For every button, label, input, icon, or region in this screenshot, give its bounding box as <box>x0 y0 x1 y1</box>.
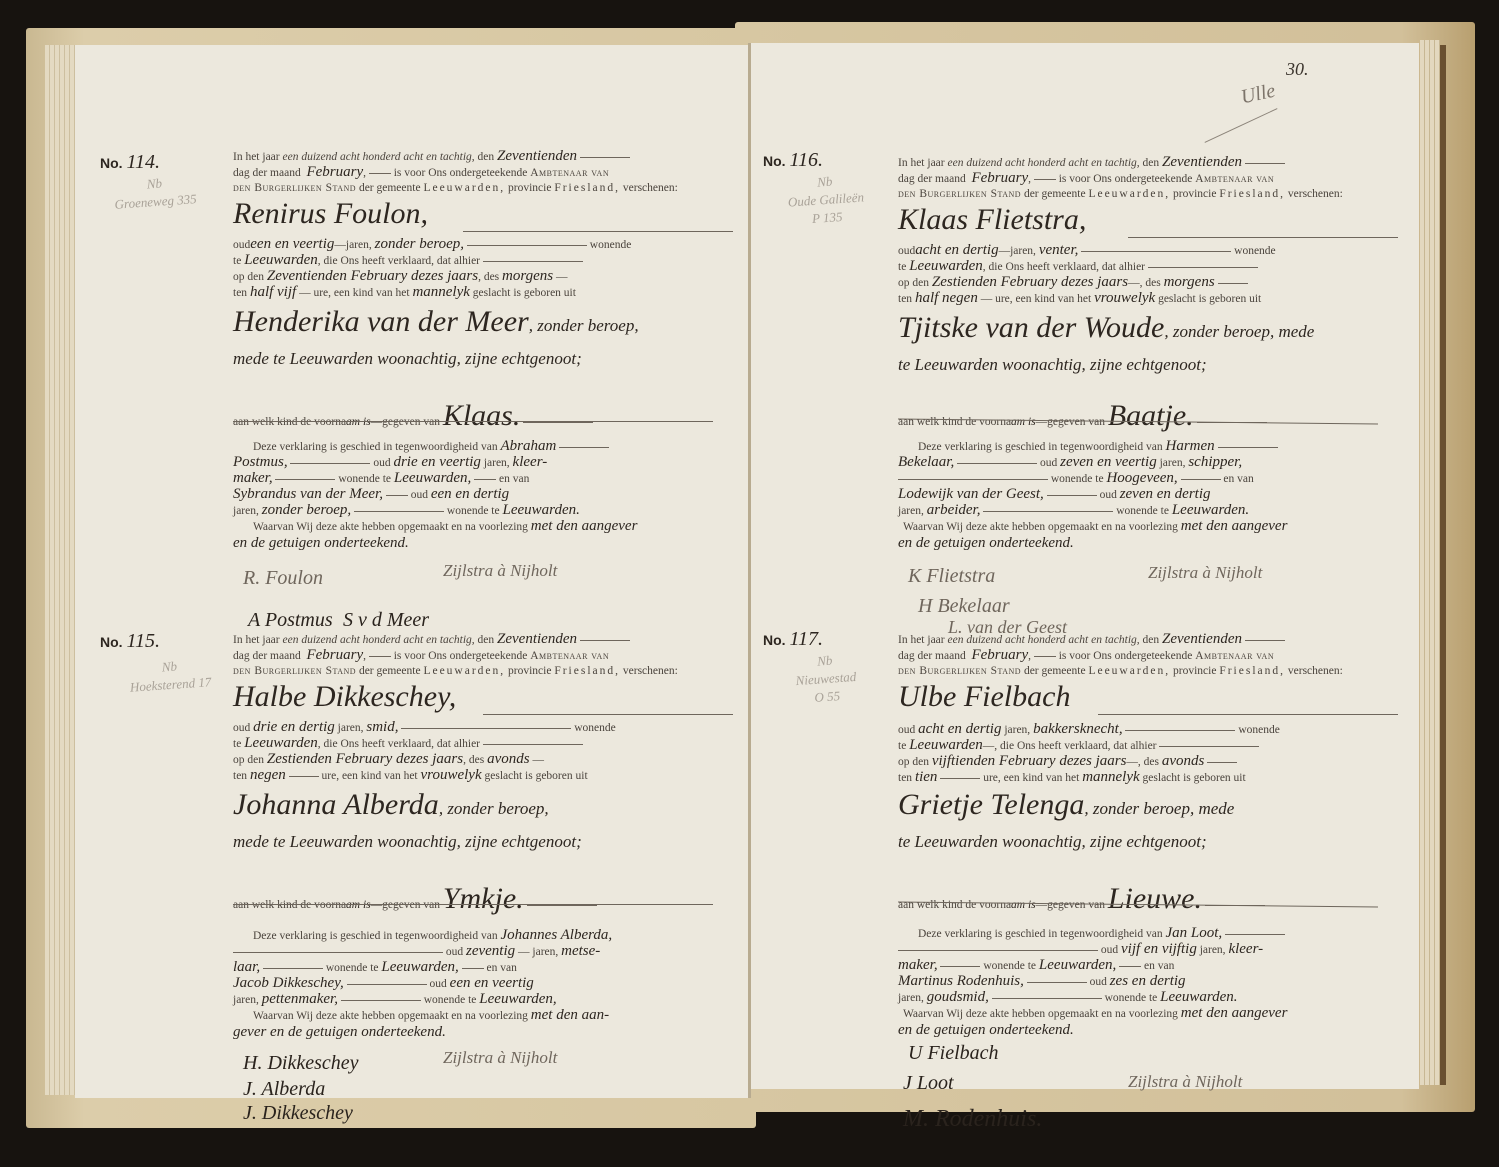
rule-line <box>233 904 713 905</box>
form-jaren: jaren, <box>532 946 558 958</box>
entry-number: No. 114. <box>100 151 160 174</box>
entries-2-witness2: Lodewijk van der Geest, <box>898 486 1044 502</box>
entries-2-witness1-residence: Hoogeveen, <box>1106 470 1177 486</box>
form-line: den Burgerlijken Stand der gemeente Leeu… <box>233 181 678 196</box>
form-jaren: jaren, <box>898 505 924 517</box>
signature-registrar: Zijlstra à Nijholt <box>443 561 557 581</box>
rule-line <box>898 949 1098 951</box>
form-wonende-te: wonende te <box>424 994 477 1006</box>
rule-line <box>275 478 335 480</box>
entries-1-witness2-age: een en veertig <box>450 975 534 991</box>
entries-2-occupation: venter, <box>1039 242 1079 258</box>
entries-3-witness2-occupation: goudsmid, <box>927 989 989 1005</box>
form-geslacht: geslacht is geboren uit <box>1158 293 1261 305</box>
rule-line <box>263 967 323 969</box>
form-ambtenaar: Ambtenaar van <box>530 167 609 179</box>
form-jaren: jaren, <box>233 994 259 1006</box>
day-field: Zeventienden <box>497 148 577 164</box>
entries-0-witness1-age: drie en veertig <box>393 454 480 470</box>
form-line: ten tien ure, een kind van het mannelyk … <box>898 770 1246 786</box>
entries-1-witness1: Johannes Alberda, <box>501 927 613 943</box>
form-voornaam: aan welk kind de voorna <box>233 416 346 428</box>
entries-3-witness1-residence: Leeuwarden, <box>1039 957 1116 973</box>
form-jaren: jaren, <box>346 239 372 251</box>
entries-0-time-of-day: morgens <box>502 268 553 284</box>
entries-3-closing: met den aangever <box>1181 1005 1288 1021</box>
form-line: jaren, goudsmid, wonende te Leeuwarden. <box>898 990 1238 1006</box>
declarant-name: Renirus Foulon, <box>233 197 428 231</box>
form-line3-a: den Burgerlijken Stand <box>233 665 356 677</box>
margin-annotation: Nb Groeneweg 335 <box>94 171 216 215</box>
entries-2-age: acht en dertig <box>915 242 998 258</box>
form-line: te Leeuwarden, die Ons heeft verklaard, … <box>898 259 1258 275</box>
form-line3-d: verschenen: <box>1288 665 1343 677</box>
form-des: , des <box>1138 756 1159 768</box>
form-gemeente: Leeuwarden, <box>1088 188 1170 200</box>
form-oud: oud <box>233 722 250 734</box>
form-line: te Leeuwarden, die Ons heeft verklaard, … <box>233 253 583 269</box>
form-line: oudeen en veertig—jaren, zonder beroep, … <box>233 237 631 253</box>
form-line: Waarvan Wij deze akte hebben opgemaakt e… <box>903 519 1287 535</box>
entries-1-witness1-age: zeventig <box>466 943 515 959</box>
entries-0-age: een en veertig <box>250 236 334 252</box>
form-year-printed: een duizend acht honderd acht en tachtig… <box>948 157 1140 169</box>
entries-2-mother-detail: , zonder beroep, mede <box>1164 322 1314 341</box>
form-line1-prefix: In het jaar <box>898 634 945 646</box>
form-line2-suffix: is voor Ons ondergeteekende <box>394 650 528 662</box>
entries-2-mother: Tjitske van der Woude <box>898 311 1164 344</box>
entries-1-number: 115. <box>126 630 160 652</box>
register-entry-115: No. 115. Nb Hoeksterend 17 In het jaar e… <box>75 630 749 1098</box>
rule-line <box>992 997 1102 999</box>
form-line: den Burgerlijken Stand der gemeente Leeu… <box>898 187 1343 202</box>
signature: S v d Meer <box>343 609 429 632</box>
form-wonende: wonende <box>1234 245 1276 257</box>
entries-3-month: February <box>971 647 1028 663</box>
entries-0-occupation: zonder beroep, <box>375 236 464 252</box>
child-name: Baatje. <box>1108 399 1194 432</box>
form-line3-d: verschenen: <box>1288 188 1343 200</box>
form-line: aan welk kind de voornaam is—gegeven van… <box>233 399 593 433</box>
rule-line <box>559 446 609 448</box>
form-oud: oud <box>1101 944 1118 956</box>
form-jaren: jaren, <box>1200 944 1226 956</box>
entries-3-witness2-residence: Leeuwarden. <box>1160 989 1237 1005</box>
form-line3-a: den Burgerlijken Stand <box>898 665 1021 677</box>
form-line: maker, wonende te Leeuwarden, en van <box>898 958 1174 974</box>
form-wonende-te: wonende te <box>1051 473 1104 485</box>
form-wonende-te: wonende te <box>1105 992 1158 1004</box>
form-gemeente: Leeuwarden, <box>423 182 505 194</box>
form-line3-c: provincie <box>508 665 551 677</box>
register-entry-114: No. 114. Nb Groeneweg 335 In het jaar ee… <box>75 45 749 615</box>
entries-0-residence: Leeuwarden <box>244 252 318 268</box>
form-line: maker, wonende te Leeuwarden, en van <box>233 471 529 487</box>
entries-2-time-of-day: morgens <box>1164 274 1215 290</box>
mother-name: Tjitske van der Woude, zonder beroep, me… <box>898 311 1314 349</box>
form-line: dag der maand February, is voor Ons onde… <box>898 171 1274 187</box>
entries-2-witness2-occupation: arbeider, <box>927 502 981 518</box>
entries-3-no-label: No. <box>763 632 786 648</box>
form-oud: oud <box>898 724 915 736</box>
form-ambtenaar: Ambtenaar van <box>1195 650 1274 662</box>
entries-3-occupation: bakkersknecht, <box>1033 721 1123 737</box>
form-wonende: wonende <box>1238 724 1280 736</box>
form-jaren: jaren, <box>1160 457 1186 469</box>
form-jaren: jaren, <box>338 722 364 734</box>
rule-line <box>483 260 583 262</box>
form-line: ten half vijf — ure, een kind van het ma… <box>233 285 576 301</box>
rule-line <box>483 743 583 745</box>
entries-1-witness2: Jacob Dikkeschey, <box>233 975 344 991</box>
entries-0-witness1-residence: Leeuwarden, <box>394 470 471 486</box>
entries-3-birth-date: vijftienden February dezes jaars <box>932 753 1127 769</box>
rule-line <box>1034 655 1056 657</box>
form-oud: oud <box>411 489 428 501</box>
entries-0-number: 114. <box>126 151 160 173</box>
rule-line <box>1225 933 1285 935</box>
form-waarvan: Waarvan Wij deze akte hebben opgemaakt e… <box>903 521 1178 533</box>
form-te: te <box>233 255 241 267</box>
entries-2-sex: vrouwelyk <box>1094 290 1155 306</box>
rule-line <box>1245 162 1285 164</box>
form-line: Postmus, oud drie en veertig jaren, klee… <box>233 455 547 471</box>
entries-1-witness1-occupation: metse- <box>561 943 600 959</box>
signature: J. Dikkeschey <box>243 1102 353 1125</box>
form-line: Deze verklaring is geschied in tegenwoor… <box>253 439 609 455</box>
form-waarvan: Waarvan Wij deze akte hebben opgemaakt e… <box>253 1010 528 1022</box>
mother-name: Grietje Telenga, zonder beroep, mede <box>898 788 1234 826</box>
entries-0-witness2: Sybrandus van der Meer, <box>233 486 383 502</box>
form-year-printed: een duizend acht honderd acht en tachtig… <box>283 634 475 646</box>
form-line3-d: verschenen: <box>623 182 678 194</box>
entries-3-witness1: Jan Loot, <box>1166 925 1223 941</box>
form-gegeven: gegeven van <box>1047 416 1105 428</box>
form-ten: ten <box>233 770 247 782</box>
rule-line <box>1081 250 1231 252</box>
form-line: jaren, pettenmaker, wonende te Leeuwarde… <box>233 992 557 1008</box>
form-ure: ure, een kind van het <box>313 287 409 299</box>
form-gemeente: Leeuwarden, <box>423 665 505 677</box>
form-line2-suffix: is voor Ons ondergeteekende <box>394 167 528 179</box>
form-jaren: jaren, <box>484 457 510 469</box>
form-oud: oud <box>1100 489 1117 501</box>
mother-name: Henderika van der Meer, zonder beroep, <box>233 305 639 343</box>
rule-line <box>483 714 733 715</box>
entries-0-witness2-occupation: zonder beroep, <box>262 502 351 518</box>
form-gemeente: Leeuwarden, <box>1088 665 1170 677</box>
form-verklaard: , die Ons heeft verklaard, dat alhier <box>994 740 1156 752</box>
form-provincie: Friesland, <box>554 665 620 677</box>
mother-name: Johanna Alberda, zonder beroep, <box>233 788 549 826</box>
form-gegeven: gegeven van <box>1047 899 1105 911</box>
form-jaren: jaren, <box>1010 245 1036 257</box>
entries-1-no-label: No. <box>100 634 123 650</box>
entry-number: No. 116. <box>763 149 823 172</box>
margin-annotation: Nb Hoeksterend 17 <box>104 654 236 699</box>
entries-3-name-suffix: am is <box>1011 899 1036 911</box>
form-line: Bekelaar, oud zeven en veertig jaren, sc… <box>898 455 1242 471</box>
form-line: In het jaar een duizend acht honderd ach… <box>898 632 1285 648</box>
entries-2-hour: half negen <box>915 290 978 306</box>
entries-3-closing2: en de getuigen onderteekend. <box>898 1022 1074 1039</box>
rule-line <box>1128 237 1398 238</box>
entries-0-witness1-occupation2: maker, <box>233 470 273 486</box>
form-te: te <box>898 740 906 752</box>
entries-3-witness1-age: vijf en vijftig <box>1121 941 1197 957</box>
form-verklaard: , die Ons heeft verklaard, dat alhier <box>318 738 480 750</box>
form-line: Jacob Dikkeschey, oud een en veertig <box>233 976 534 992</box>
form-year-printed: een duizend acht honderd acht en tachtig… <box>283 151 475 163</box>
form-line3-c: provincie <box>1173 188 1216 200</box>
entries-0-closing: met den aangever <box>531 518 638 534</box>
form-line3-a: den Burgerlijken Stand <box>233 182 356 194</box>
form-line: den Burgerlijken Stand der gemeente Leeu… <box>898 664 1343 679</box>
rule-line <box>580 156 630 158</box>
signature: J Loot <box>903 1072 954 1095</box>
form-line3-a: den Burgerlijken Stand <box>898 188 1021 200</box>
form-jaren: jaren, <box>1004 724 1030 736</box>
form-oud: oud <box>1040 457 1057 469</box>
form-jaren: jaren, <box>898 992 924 1004</box>
form-line: Deze verklaring is geschied in tegenwoor… <box>918 439 1278 455</box>
entries-0-witness2-residence: Leeuwarden. <box>503 502 580 518</box>
form-op-den: op den <box>898 277 929 289</box>
rule-line <box>1125 729 1235 731</box>
page-stack-right <box>1420 40 1440 1085</box>
entries-3-time-of-day: avonds <box>1162 753 1205 769</box>
form-wonende-te: wonende te <box>447 505 500 517</box>
rule-line <box>957 462 1037 464</box>
signature: M. Rodenhuis. <box>903 1106 1042 1133</box>
form-des: , des <box>478 271 499 283</box>
rule-line <box>1218 446 1278 448</box>
entries-1-witness2-residence: Leeuwarden, <box>479 991 556 1007</box>
form-geslacht: geslacht is geboren uit <box>473 287 576 299</box>
form-wonende-te: wonende te <box>983 960 1036 972</box>
signature: A Postmus <box>248 609 333 632</box>
rule-line <box>983 510 1113 512</box>
entries-0-witness1-occupation: kleer- <box>513 454 548 470</box>
form-verklaring: Deze verklaring is geschied in tegenwoor… <box>918 928 1163 940</box>
rule-line <box>401 727 571 729</box>
form-des: , des <box>463 754 484 766</box>
entries-2-witness2-residence: Leeuwarden. <box>1172 502 1249 518</box>
form-line2-suffix: is voor Ons ondergeteekende <box>1059 173 1193 185</box>
entry-number: No. 115. <box>100 630 160 653</box>
form-op-den: op den <box>233 754 264 766</box>
form-line: te Leeuwarden, die Ons heeft verklaard, … <box>233 736 583 752</box>
form-wonende-te: wonende te <box>338 473 391 485</box>
form-en-van: en van <box>487 962 517 974</box>
form-den: den <box>478 151 495 163</box>
rule-line <box>1098 714 1398 715</box>
form-line3-b: der gemeente <box>359 182 421 194</box>
form-oud: oud <box>373 457 390 469</box>
form-line3-c: provincie <box>1173 665 1216 677</box>
signature: K Flietstra <box>908 565 995 588</box>
rule-line <box>1034 178 1056 180</box>
form-line1-prefix: In het jaar <box>898 157 945 169</box>
entries-3-sex: mannelyk <box>1082 769 1139 785</box>
form-verklaring: Deze verklaring is geschied in tegenwoor… <box>253 441 498 453</box>
entries-0-hour: half vijf <box>250 284 296 300</box>
rule-line <box>341 999 421 1001</box>
entries-3-witness1-occupation2: maker, <box>898 957 938 973</box>
entries-1-witness1-residence: Leeuwarden, <box>381 959 458 975</box>
form-ambtenaar: Ambtenaar van <box>1195 173 1274 185</box>
form-line: In het jaar een duizend acht honderd ach… <box>233 632 630 648</box>
form-line3-d: verschenen: <box>623 665 678 677</box>
form-line3-c: provincie <box>508 182 551 194</box>
rule-line <box>462 967 484 969</box>
entries-1-witness1-occupation2: laar, <box>233 959 260 975</box>
entries-1-sex: vrouwelyk <box>421 767 482 783</box>
form-line2-prefix: dag der maand <box>233 167 301 179</box>
rule-line <box>474 478 496 480</box>
entries-2-witness2-age: zeven en dertig <box>1120 486 1211 502</box>
form-provincie: Friesland, <box>1219 665 1285 677</box>
entries-2-birth-date: Zestienden February dezes jaars <box>932 274 1128 290</box>
entries-2-mother-line2: te Leeuwarden woonachtig, zijne echtgeno… <box>898 355 1207 375</box>
signature-registrar: Zijlstra à Nijholt <box>1148 563 1262 583</box>
rule-line <box>233 421 713 422</box>
rule-line <box>940 965 980 967</box>
form-waarvan: Waarvan Wij deze akte hebben opgemaakt e… <box>903 1008 1178 1020</box>
entries-2-witness1: Harmen <box>1166 438 1215 454</box>
rule-line <box>1148 266 1258 268</box>
form-line: Waarvan Wij deze akte hebben opgemaakt e… <box>253 1008 609 1024</box>
entries-3-mother: Grietje Telenga <box>898 788 1084 821</box>
form-line: aan welk kind de voornaam is—gegeven van… <box>898 882 1265 916</box>
entries-1-month: February <box>306 647 363 663</box>
form-en-van: en van <box>1223 473 1253 485</box>
form-op-den: op den <box>898 756 929 768</box>
form-geslacht: geslacht is geboren uit <box>484 770 587 782</box>
entry-number: No. 117. <box>763 628 823 651</box>
rule-line <box>1159 745 1259 747</box>
entries-0-witness1-line2: Postmus, <box>233 454 288 470</box>
register-entry-117: No. 117. Nb Nieuwestad O 55 In het jaar … <box>751 628 1419 1089</box>
register-entry-116: No. 116. Nb Oude Galileën P 135 In het j… <box>751 43 1419 623</box>
entries-2-witness1-occupation: schipper, <box>1188 454 1242 470</box>
form-line: Sybrandus van der Meer, oud een en derti… <box>233 487 509 503</box>
month-field: February <box>306 164 363 180</box>
form-ambtenaar: Ambtenaar van <box>530 650 609 662</box>
rule-line <box>1047 494 1097 496</box>
rule-line <box>369 172 391 174</box>
declarant-name: Halbe Dikkeschey, <box>233 680 456 714</box>
entries-3-day: Zeventienden <box>1162 631 1242 647</box>
entries-1-day: Zeventienden <box>497 631 577 647</box>
rule-line <box>1119 965 1141 967</box>
form-line: oud zeventig — jaren, metse- <box>233 944 600 960</box>
rule-line <box>289 775 319 777</box>
entries-2-witness1-line2: Bekelaar, <box>898 454 954 470</box>
left-page: No. 114. Nb Groeneweg 335 In het jaar ee… <box>75 45 749 1098</box>
form-line2-prefix: dag der maand <box>898 173 966 185</box>
form-oud: oud <box>898 245 915 257</box>
form-line: dag der maand February, is voor Ons onde… <box>233 165 609 181</box>
form-line: oud drie en dertig jaren, smid, wonende <box>233 720 616 736</box>
declarant-name: Ulbe Fielbach <box>898 680 1070 714</box>
form-line: aan welk kind de voornaam is—gegeven van… <box>898 399 1267 433</box>
form-line: te Leeuwarden—, die Ons heeft verklaard,… <box>898 738 1259 754</box>
form-gegeven: gegeven van <box>382 899 440 911</box>
rule-line <box>354 510 444 512</box>
signature: H Bekelaar <box>918 595 1010 618</box>
form-line: op den Zeventienden February dezes jaars… <box>233 269 568 285</box>
form-jaren: jaren, <box>233 505 259 517</box>
entries-0-no-label: No. <box>100 155 123 171</box>
form-ure: ure, een kind van het <box>995 293 1091 305</box>
signature: J. Alberda <box>243 1078 325 1101</box>
form-line: ten negen ure, een kind van het vrouwely… <box>233 768 588 784</box>
form-line1-prefix: In het jaar <box>233 634 280 646</box>
entries-1-hour: negen <box>250 767 286 783</box>
rule-line <box>290 462 370 464</box>
form-line: op den vijftienden February dezes jaars—… <box>898 754 1237 770</box>
cover-fold <box>1440 45 1446 1085</box>
rule-line <box>1207 761 1237 763</box>
form-ten: ten <box>898 293 912 305</box>
rule-line <box>347 983 427 985</box>
signature: U Fielbach <box>908 1042 999 1065</box>
entries-0-mother: Henderika van der Meer <box>233 305 529 338</box>
entries-3-residence: Leeuwarden <box>909 737 983 753</box>
form-line: Deze verklaring is geschied in tegenwoor… <box>253 928 612 944</box>
entries-3-mother-detail: , zonder beroep, mede <box>1084 799 1234 818</box>
form-line: op den Zestienden February dezes jaars, … <box>233 752 544 768</box>
page-stack-left <box>45 45 75 1095</box>
form-verklaring: Deze verklaring is geschied in tegenwoor… <box>253 930 498 942</box>
entries-2-no-label: No. <box>763 153 786 169</box>
form-verklaard: , die Ons heeft verklaard, dat alhier <box>318 255 480 267</box>
form-line: aan welk kind de voornaam is—gegeven van… <box>233 882 597 916</box>
form-line: Waarvan Wij deze akte hebben opgemaakt e… <box>903 1006 1287 1022</box>
entries-2-month: February <box>971 170 1028 186</box>
form-voornaam: aan welk kind de voorna <box>233 899 346 911</box>
entries-0-mother-line2: mede te Leeuwarden woonachtig, zijne ech… <box>233 349 582 369</box>
entries-1-age: drie en dertig <box>253 719 335 735</box>
form-wonende: wonende <box>590 239 632 251</box>
form-te: te <box>898 261 906 273</box>
entries-1-mother: Johanna Alberda <box>233 788 439 821</box>
form-te: te <box>233 738 241 750</box>
entries-1-mother-detail: , zonder beroep, <box>439 799 549 818</box>
entries-0-witness1: Abraham <box>501 438 557 454</box>
signature: R. Foulon <box>243 567 323 590</box>
form-line: dag der maand February, is voor Ons onde… <box>233 648 609 664</box>
declarant-name: Klaas Flietstra, <box>898 203 1086 237</box>
entries-1-closing: met den aan- <box>531 1007 609 1023</box>
form-provincie: Friesland, <box>554 182 620 194</box>
form-waarvan: Waarvan Wij deze akte hebben opgemaakt e… <box>253 521 528 533</box>
form-line: laar, wonende te Leeuwarden, en van <box>233 960 517 976</box>
form-line: op den Zestienden February dezes jaars—,… <box>898 275 1248 291</box>
form-line: dag der maand February, is voor Ons onde… <box>898 648 1274 664</box>
child-name: Lieuwe. <box>1108 882 1202 915</box>
form-ure: ure, een kind van het <box>322 770 418 782</box>
form-line1-prefix: In het jaar <box>233 151 280 163</box>
entries-0-sex: mannelyk <box>412 284 469 300</box>
form-line: In het jaar een duizend acht honderd ach… <box>898 155 1285 171</box>
entries-2-number: 116. <box>789 149 823 171</box>
form-wonende-te: wonende te <box>1116 505 1169 517</box>
entries-0-birth-date: Zeventienden February dezes jaars <box>267 268 478 284</box>
rule-line <box>580 639 630 641</box>
form-ure: ure, een kind van het <box>983 772 1079 784</box>
